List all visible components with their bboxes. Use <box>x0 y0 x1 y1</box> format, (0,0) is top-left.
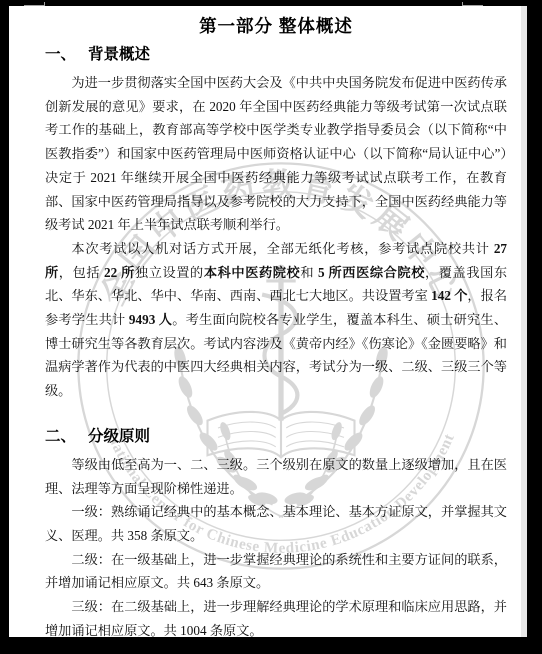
section-number: 二、 <box>45 428 76 445</box>
section-heading-text: 分级原则 <box>88 428 150 445</box>
paragraph-level-1: 一级：熟练诵记经典中的基本概念、基本理论、基本方证原文，并掌握其文义、医理。共 … <box>45 500 507 547</box>
page-edge-strip <box>521 6 527 637</box>
margin-crop-mark-right <box>462 5 483 6</box>
paragraph-background-1: 为进一步贯彻落实全国中医药大会及《中共中央国务院发布促进中医药传承创新发展的意见… <box>45 71 507 237</box>
section-number: 一、 <box>45 46 76 63</box>
section-heading-grading: 二、分级原则 <box>45 425 507 449</box>
section-heading-text: 背景概述 <box>88 46 150 63</box>
margin-crop-mark-left <box>24 5 45 6</box>
paragraph-level-2: 二级：在一级基础上，进一步掌握经典理论的系统性和主要方证间的联系，并增加诵记相应… <box>45 548 507 595</box>
document-page: 全国中医药教育发展中心 National Center for Chinese … <box>9 6 521 637</box>
page-title: 第一部分 整体概述 <box>45 15 507 37</box>
paragraph-level-3: 三级：在二级基础上，进一步理解经典理论的学术原理和临床应用思路，并增加诵记相应原… <box>45 595 507 642</box>
paragraph-background-2: 本次考试以人机对话方式开展，全部无纸化考核，参考试点院校共计 27 所，包括 2… <box>45 237 507 403</box>
paragraph-grading-intro: 等级由低至高为一、二、三级。三个级别在原文的数量上逐级增加，且在医理、法理等方面… <box>45 453 507 500</box>
section-heading-background: 一、背景概述 <box>45 43 507 67</box>
